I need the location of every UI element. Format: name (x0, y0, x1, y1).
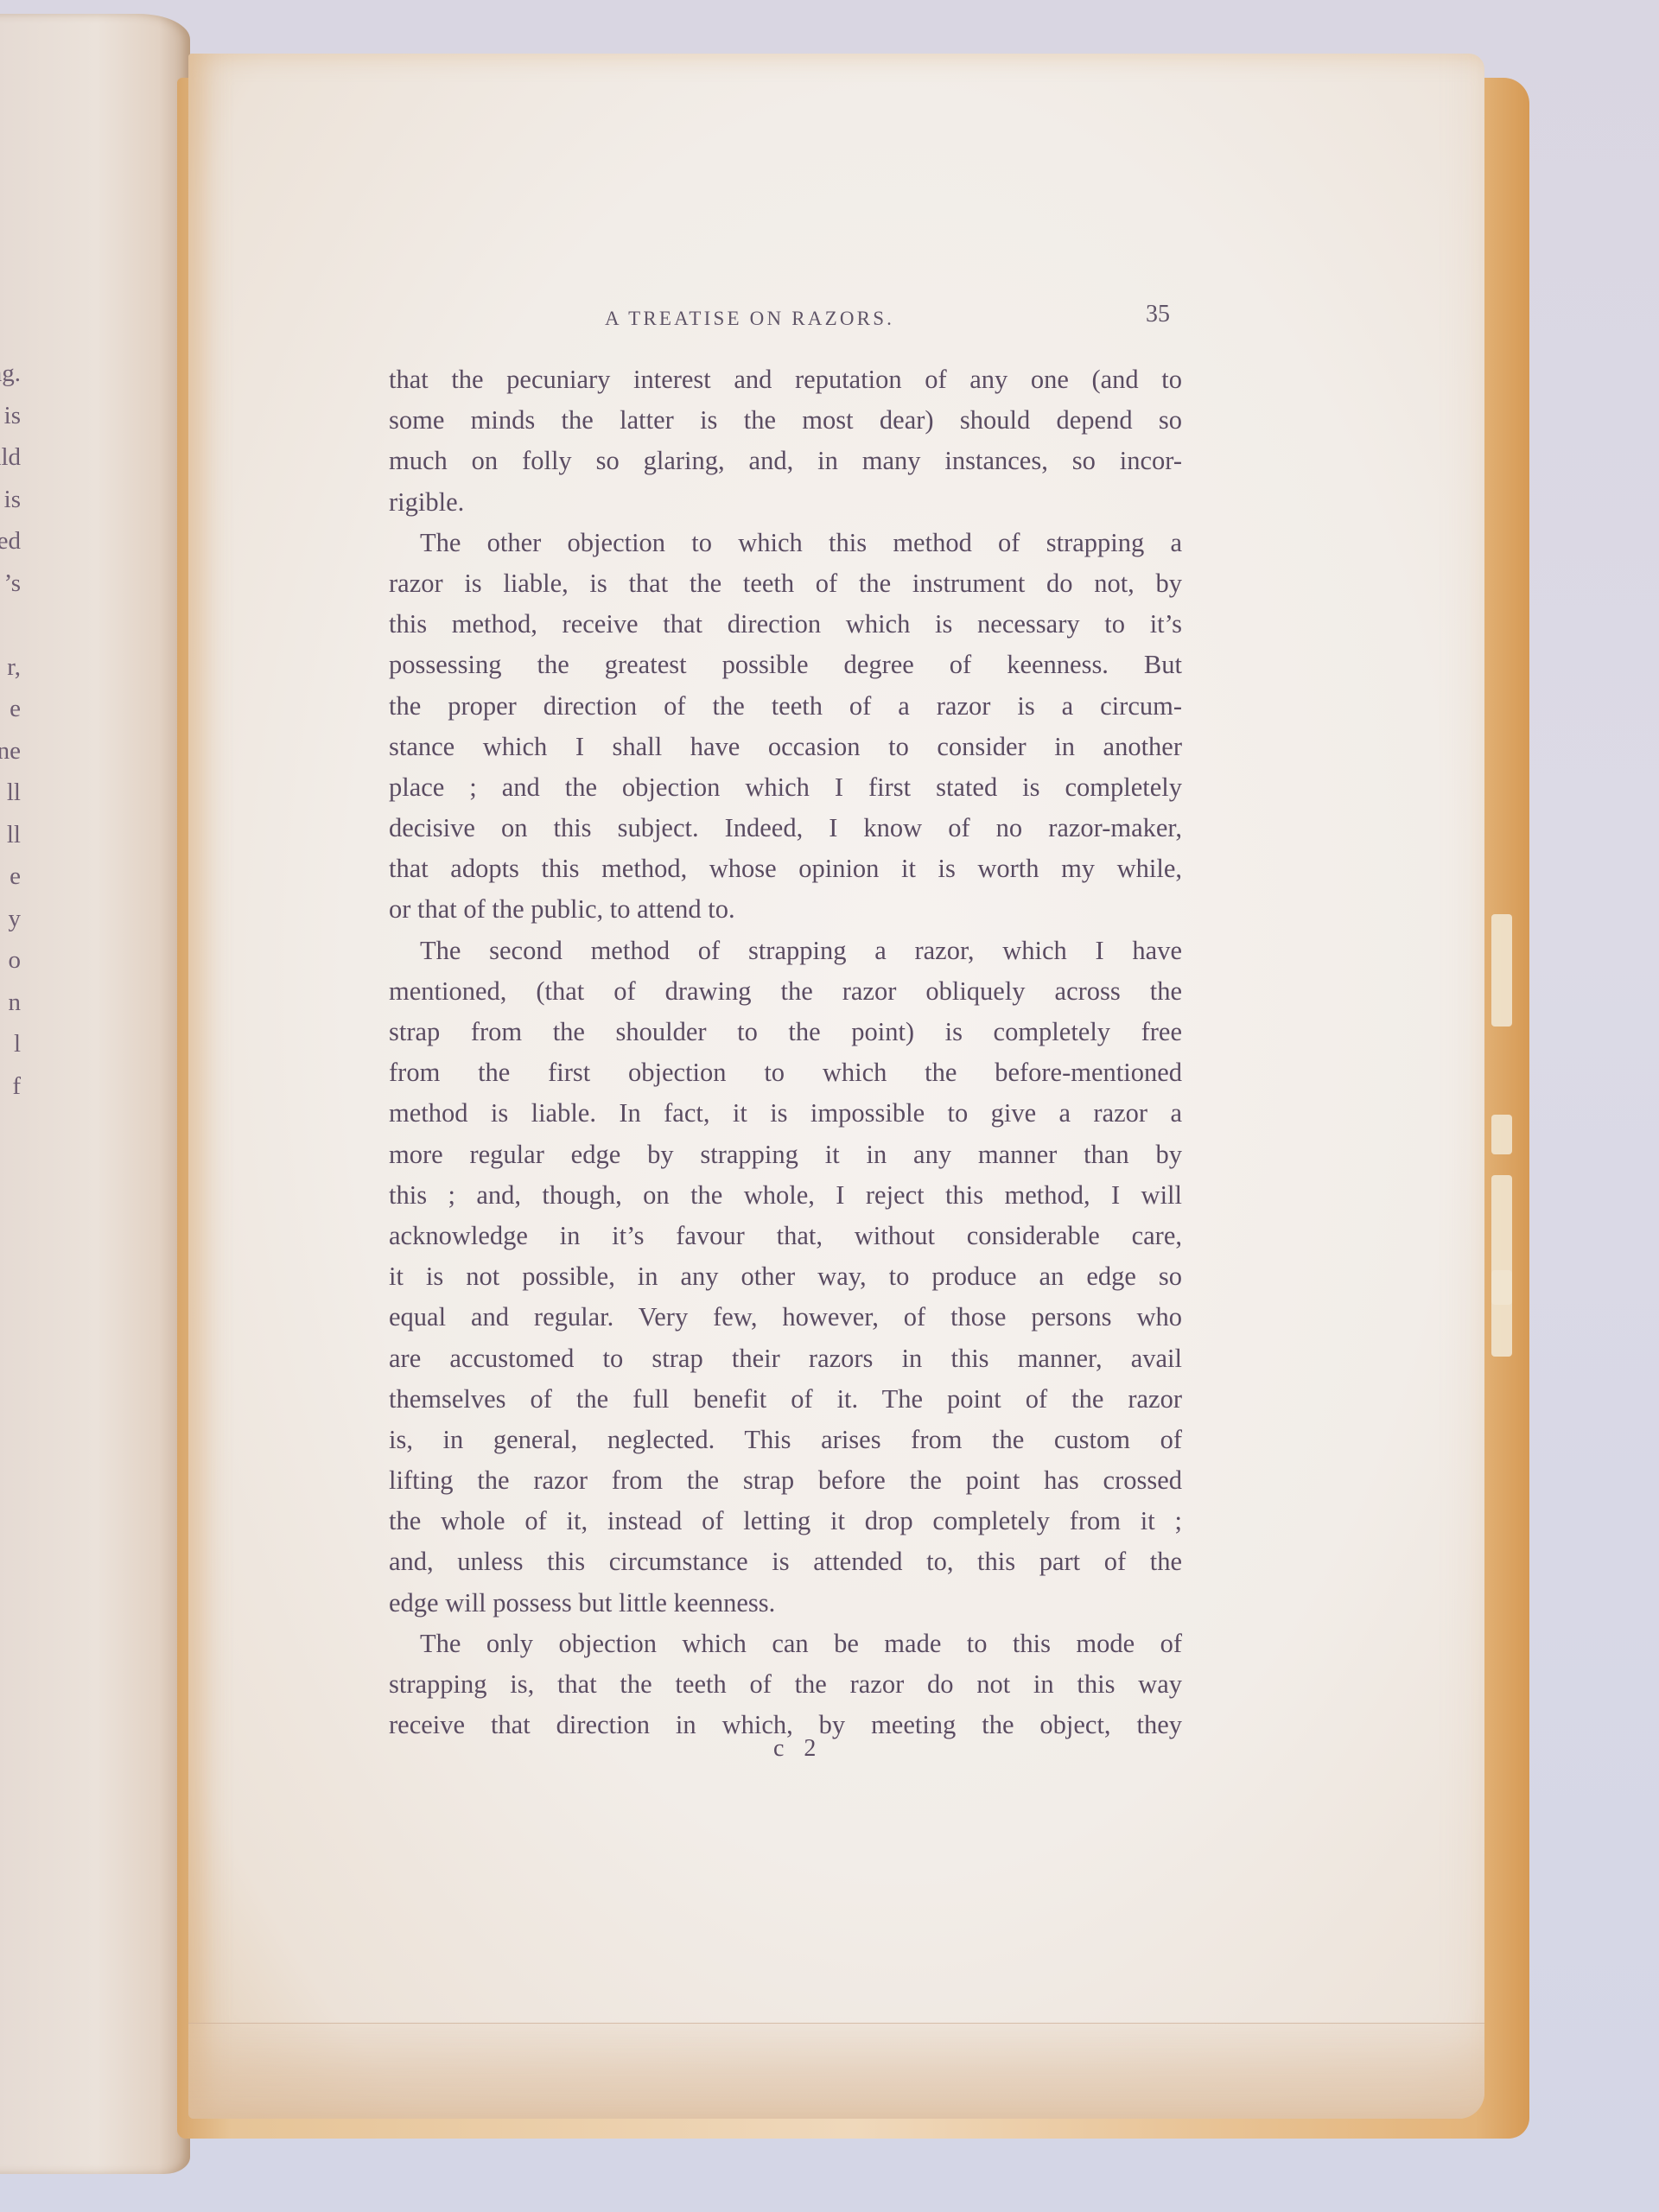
text-line: mentioned, (that of drawing the razor ob… (389, 971, 1182, 1012)
left-page-fragment: is (0, 395, 21, 437)
text-line: decisive on this subject. Indeed, I know… (389, 808, 1182, 849)
text-line: more regular edge by strapping it in any… (389, 1135, 1182, 1175)
left-page-fragment: e (0, 855, 21, 898)
left-page-fragment: l (0, 1023, 21, 1065)
left-page-fragment: ll (0, 772, 21, 814)
left-page-fragment: ll (0, 814, 21, 856)
left-page-fragment: ’s (0, 563, 21, 605)
text-line: is, in general, neglected. This arises f… (389, 1420, 1182, 1460)
text-line: acknowledge in it’s favour that, without… (389, 1216, 1182, 1256)
left-page-fragment: is (0, 479, 21, 521)
text-line: or that of the public, to attend to. (389, 889, 1182, 930)
text-line: equal and regular. Very few, however, of… (389, 1297, 1182, 1338)
signature-mark: c 2 (773, 1735, 823, 1763)
text-line: the proper direction of the teeth of a r… (389, 686, 1182, 727)
text-line: themselves of the full benefit of it. Th… (389, 1379, 1182, 1420)
text-line: the whole of it, instead of letting it d… (389, 1501, 1182, 1541)
page-foot-discoloration (188, 2023, 1484, 2119)
text-line: possessing the greatest possible degree … (389, 645, 1182, 685)
text-line: it is not possible, in any other way, to… (389, 1256, 1182, 1297)
text-line: edge will possess but little keenness. (389, 1583, 1182, 1624)
text-line: are accustomed to strap their razors in … (389, 1338, 1182, 1379)
text-line: this method, receive that direction whic… (389, 604, 1182, 645)
left-page-fragment: o (0, 939, 21, 982)
running-head: A TREATISE ON RAZORS. (605, 308, 894, 330)
left-page-fragment: ne (0, 730, 21, 772)
text-line: much on folly so glaring, and, in many i… (389, 441, 1182, 481)
text-line: place ; and the objection which I first … (389, 767, 1182, 808)
text-line: this ; and, though, on the whole, I reje… (389, 1175, 1182, 1216)
page-number: 35 (1146, 301, 1170, 328)
left-facing-page: ng.isuldised’s r,enelllleyonlf (0, 14, 190, 2174)
left-page-fragment: y (0, 898, 21, 940)
text-line: method is liable. In fact, it is impossi… (389, 1093, 1182, 1134)
text-line: from the first objection to which the be… (389, 1052, 1182, 1093)
text-line: The other objection to which this method… (389, 523, 1182, 563)
left-page-fragment (0, 604, 21, 646)
frayed-edge-1 (1491, 914, 1512, 1027)
text-line: and, unless this circumstance is attende… (389, 1541, 1182, 1582)
text-line: strap from the shoulder to the point) is… (389, 1012, 1182, 1052)
text-line: The second method of strapping a razor, … (389, 931, 1182, 971)
text-line: strapping is, that the teeth of the razo… (389, 1664, 1182, 1705)
left-page-fragment: ng. (0, 353, 21, 395)
left-page-fragment: n (0, 982, 21, 1024)
left-page-fragment: e (0, 688, 21, 730)
text-line: that the pecuniary interest and reputati… (389, 359, 1182, 400)
text-line: razor is liable, is that the teeth of th… (389, 563, 1182, 604)
frayed-edge-2 (1491, 1115, 1512, 1154)
text-line: some minds the latter is the most dear) … (389, 400, 1182, 441)
left-page-fragment: ed (0, 520, 21, 563)
left-page-fragment: r, (0, 646, 21, 689)
left-page-fragment: f (0, 1065, 21, 1108)
left-page-fragment: uld (0, 436, 21, 479)
text-line: that adopts this method, whose opinion i… (389, 849, 1182, 889)
body-text: that the pecuniary interest and reputati… (389, 359, 1182, 1745)
text-line: rigible. (389, 482, 1182, 523)
text-line: lifting the razor from the strap before … (389, 1460, 1182, 1501)
text-line: stance which I shall have occasion to co… (389, 727, 1182, 767)
left-page-text-fragments: ng.isuldised’s r,enelllleyonlf (0, 353, 21, 1107)
text-line: The only objection which can be made to … (389, 1624, 1182, 1664)
frayed-edge-4 (1491, 1270, 1512, 1357)
